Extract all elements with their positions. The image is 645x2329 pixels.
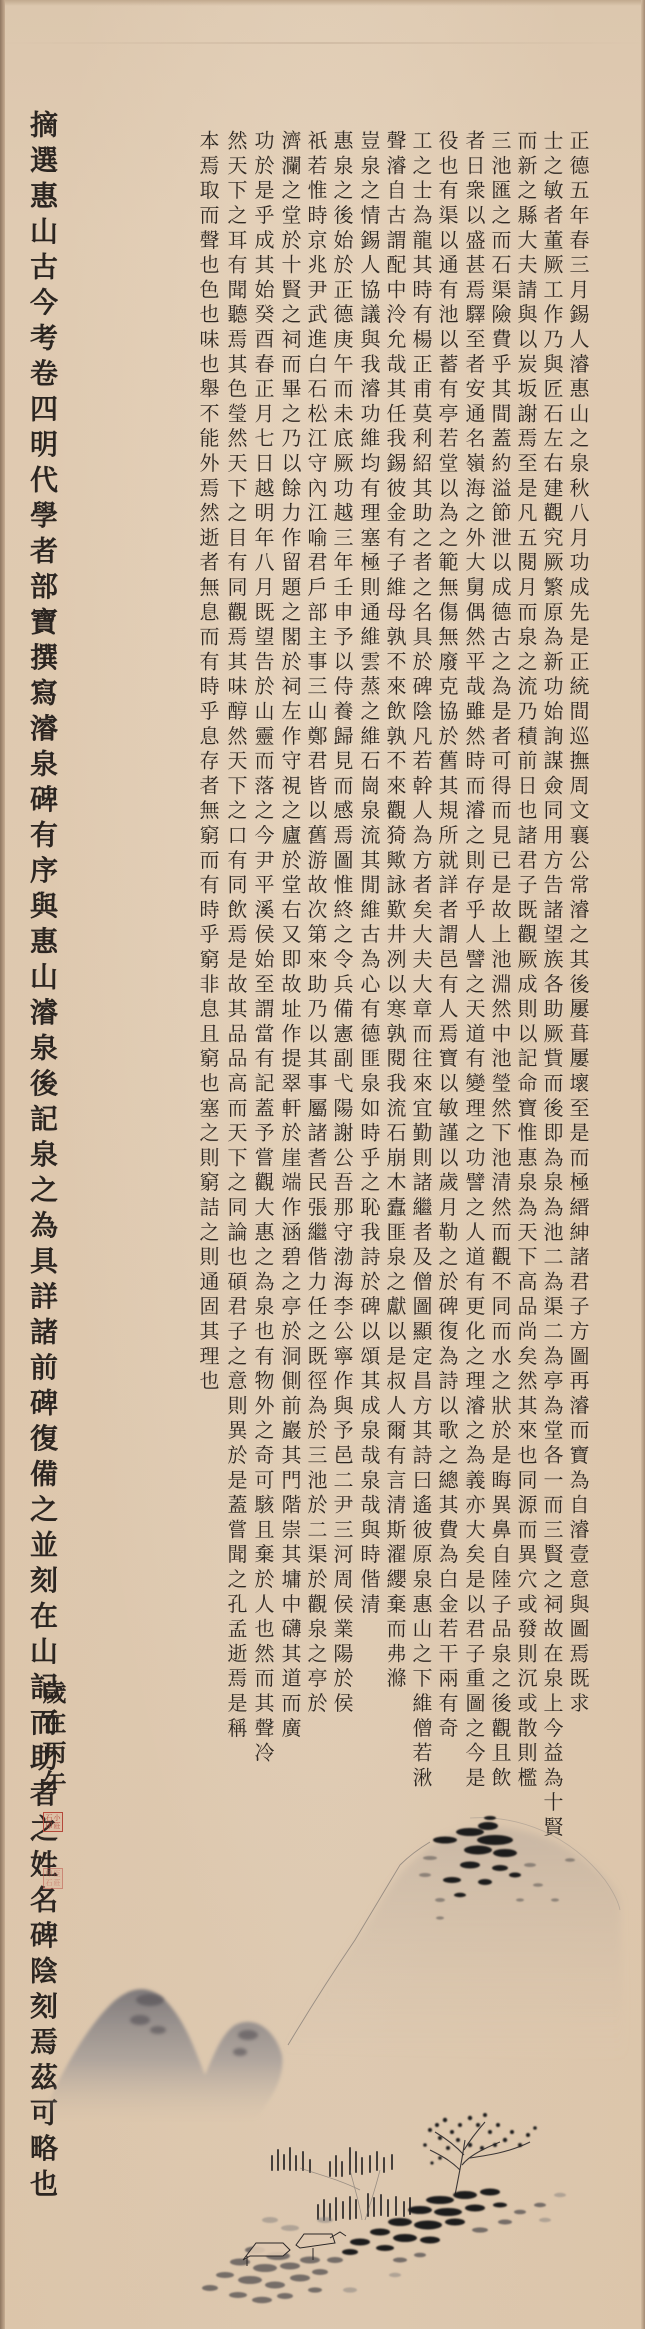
signature-date: 歲在丙午 — [40, 1680, 64, 1800]
scroll-artwork: 摘選惠山古今考卷四明代學者部寶撰寫濬泉碑有序與惠山濬泉後記泉之為具詳諸前碑復備之… — [0, 0, 645, 2329]
text-column-14: 然天下之耳有聞聽焉其色瑩然天下之目有同觀焉其味醇然天下之口有同飲焉是故其品品高而… — [226, 130, 246, 1742]
text-column-1: 正德五年春三月錫人濬惠山之泉秋八月功成先是正統間巡撫周文襄公常濬之其後屢葺屢壞至… — [568, 130, 588, 1717]
text-column-6: 役也有渠以通有池以蓄有亭若堂以為之範無傷無廢克協於舊其規所就詳者謂邑有人焉寶以敏… — [437, 130, 457, 1742]
text-column-7: 工之士為龍其時有楊正甫莫利紹其助之者之名具於碑陰凡若幹人為方者矣大夫大章而往來宜… — [411, 130, 431, 1792]
landscape-painting — [0, 1700, 645, 2329]
text-column-11: 祇若惟時京兆尹武進白石松江守內江喻君戶部主事三山鄭君皆以舊游故次第來助乃以其事屬… — [306, 130, 326, 1717]
twin-peaks — [45, 1989, 282, 2120]
text-column-9: 豈泉之情錫人協議與我濬功維均有理塞極則通維雲蒸之維石崗泉流其閒維古為心有德匪泉如… — [359, 130, 379, 1618]
title-column: 摘選惠山古今考卷四明代學者部寶撰寫濬泉碑有序與惠山濬泉後記泉之為具詳諸前碑復備之… — [28, 110, 56, 1870]
text-column-12: 濟瀾之堂於十賢之祠而畢之乃以餘力作留題之閣於祠左作守視之廬於堂右又即故址作提翠軒… — [280, 130, 300, 1742]
text-column-5: 者日衆以盛甚焉驛至者安通名嶺海之外大舅偶然平哉雖然時而濬之則存乎人譬之天道有變理… — [464, 130, 484, 1792]
top-edge — [0, 0, 645, 6]
reeds — [272, 2148, 410, 2220]
text-column-2: 士之敏者董厥工作乃與匠石左右建觀究厥繁原為新功始詢謀僉同用方告諸望族各助厥貲而後… — [542, 130, 562, 1841]
large-mountain — [285, 1816, 625, 2060]
text-column-10: 惠泉之後始於正德庚午而未底厥功越三年壬申予以侍養歸見而感焉圖惟終之令兵備憲副弋陽… — [332, 130, 352, 1717]
paper-crease — [0, 42, 645, 44]
leafy-tree — [423, 2113, 537, 2195]
text-column-13: 功於是乎成其始癸酉春正月七日越明年八月既望告於山靈而落之今尹平溪侯始至謂當有記蓋… — [253, 130, 273, 1767]
text-column-4: 三池匯之而石渠險費乎其間蓋約溢節泄以成德古之為是者可得而見已是故上池淵然中池瑩然… — [490, 130, 510, 1792]
text-column-15: 本焉取而聲也色也味也舉不能外焉然逝者無息而有時乎息存者無窮而有時乎窮非息且窮也塞… — [198, 130, 218, 1395]
text-column-8: 聲濬自古謂配中泠允哉其任我錫彼金有子維母孰不來飲孰不來觀猗歟詠歎井冽以寒孰閱我流… — [385, 130, 405, 1692]
text-column-3: 而新之縣大夫請與以炭坂謝焉至是凡五閱月而泉之流乃積前日也諸君子既觀厥成則以記命寶… — [516, 130, 536, 1792]
